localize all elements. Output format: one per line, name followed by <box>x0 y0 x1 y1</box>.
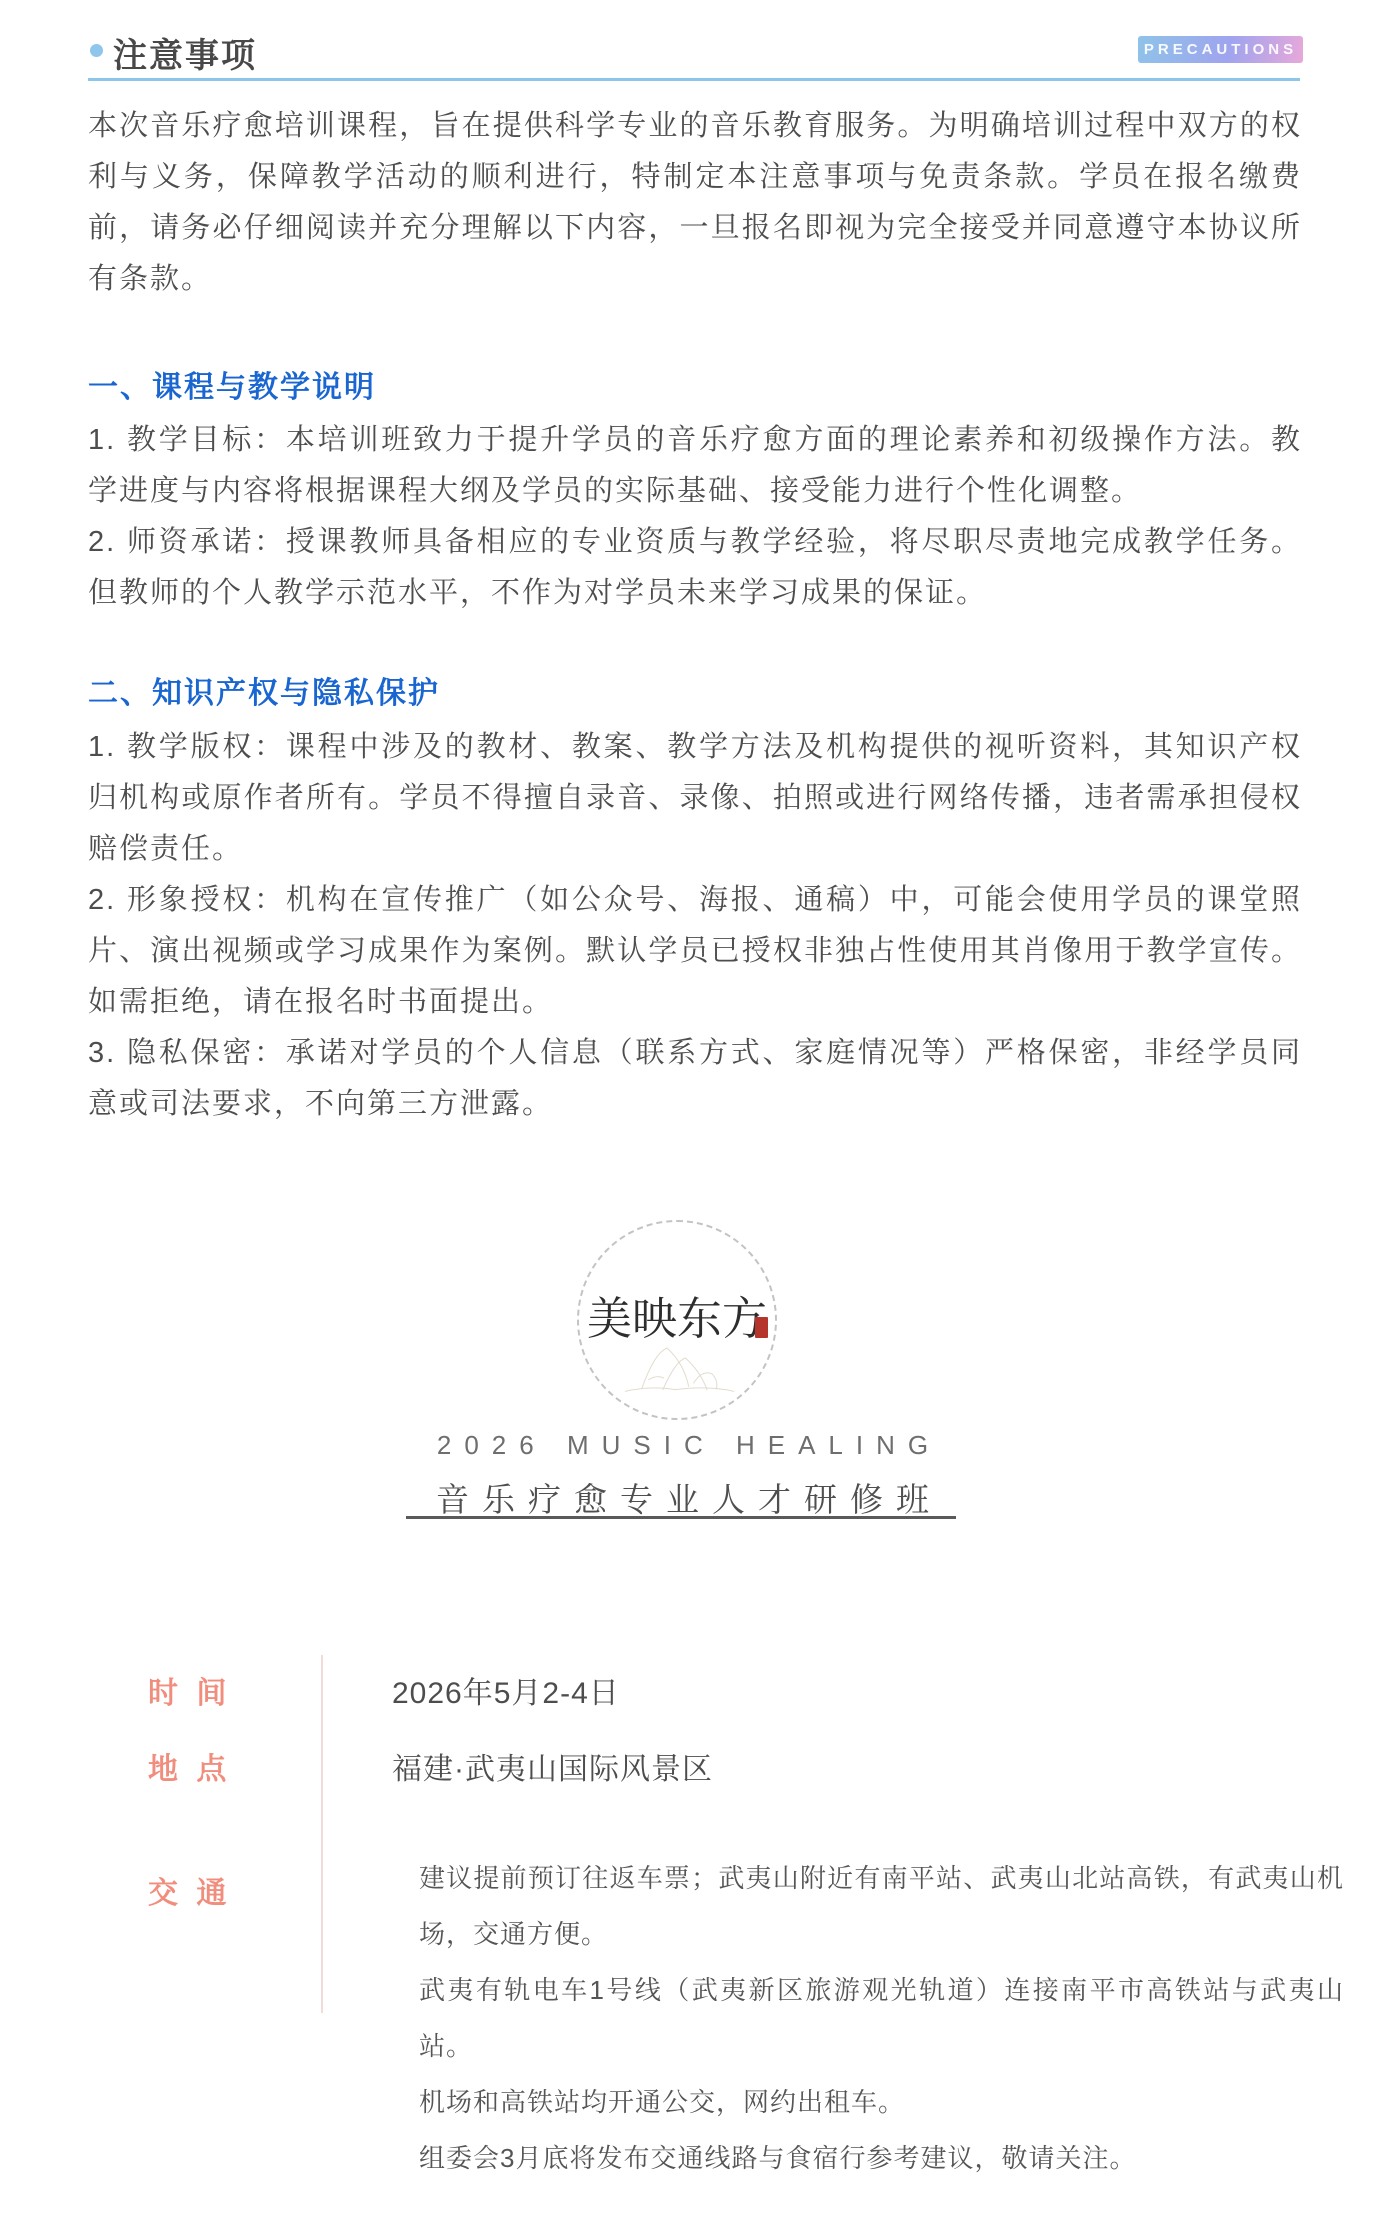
precautions-badge: PRECAUTIONS <box>1138 36 1303 63</box>
program-title-underline <box>406 1516 956 1519</box>
transport-line-4: 组委会3月底将发布交通线路与食宿行参考建议，敬请关注。 <box>419 2130 1344 2186</box>
course-item-2: 2. 师资承诺：授课教师具备相应的专业资质与教学经验，将尽职尽责地完成教学任务。… <box>88 517 1302 619</box>
section-body-course: 1. 教学目标：本培训班致力于提升学员的音乐疗愈方面的理论素养和初级操作方法。教… <box>88 415 1302 619</box>
info-label-place: 地 点 <box>148 1744 231 1788</box>
info-value-place: 福建·武夷山国际风景区 <box>392 1744 713 1788</box>
seal-stamp-icon <box>755 1317 768 1338</box>
info-label-transport: 交 通 <box>148 1868 231 1912</box>
transport-line-3: 机场和高铁站均开通公交，网约出租车。 <box>419 2074 1344 2130</box>
ip-item-2: 2. 形象授权：机构在宣传推广（如公众号、海报、通稿）中，可能会使用学员的课堂照… <box>88 875 1302 1028</box>
section-body-ip-privacy: 1. 教学版权：课程中涉及的教材、教案、教学方法及机构提供的视听资料，其知识产权… <box>88 722 1302 1130</box>
section-heading-course: 一、课程与教学说明 <box>88 362 376 406</box>
header-divider <box>88 78 1300 81</box>
transport-line-2: 武夷有轨电车1号线（武夷新区旅游观光轨道）连接南平市高铁站与武夷山站。 <box>419 1962 1344 2074</box>
program-year-line: 2026 MUSIC HEALING <box>0 1430 1378 1461</box>
section-heading-ip-privacy: 二、知识产权与隐私保护 <box>88 668 440 712</box>
transport-line-1: 建议提前预订往返车票；武夷山附近有南平站、武夷山北站高铁，有武夷山机场，交通方便… <box>419 1850 1344 1962</box>
bullet-dot-icon <box>90 44 103 57</box>
mountain-sketch-icon <box>617 1332 742 1404</box>
ip-item-3: 3. 隐私保密：承诺对学员的个人信息（联系方式、家庭情况等）严格保密，非经学员同… <box>88 1028 1302 1130</box>
info-vertical-divider <box>321 1655 323 2013</box>
intro-paragraph: 本次音乐疗愈培训课程，旨在提供科学专业的音乐教育服务。为明确培训过程中双方的权利… <box>88 101 1302 305</box>
course-item-1: 1. 教学目标：本培训班致力于提升学员的音乐疗愈方面的理论素养和初级操作方法。教… <box>88 415 1302 517</box>
info-label-time: 时 间 <box>148 1668 231 1712</box>
info-value-transport: 建议提前预订往返车票；武夷山附近有南平站、武夷山北站高铁，有武夷山机场，交通方便… <box>419 1850 1344 2186</box>
program-title: 音乐疗愈专业人才研修班 <box>0 1474 1378 1521</box>
page-title: 注意事项 <box>113 28 257 77</box>
ip-item-1: 1. 教学版权：课程中涉及的教材、教案、教学方法及机构提供的视听资料，其知识产权… <box>88 722 1302 875</box>
brand-logo: 美映东方 <box>577 1220 777 1420</box>
info-value-time: 2026年5月2-4日 <box>392 1668 620 1712</box>
article-page: 注意事项 PRECAUTIONS 本次音乐疗愈培训课程，旨在提供科学专业的音乐教… <box>0 0 1378 2226</box>
